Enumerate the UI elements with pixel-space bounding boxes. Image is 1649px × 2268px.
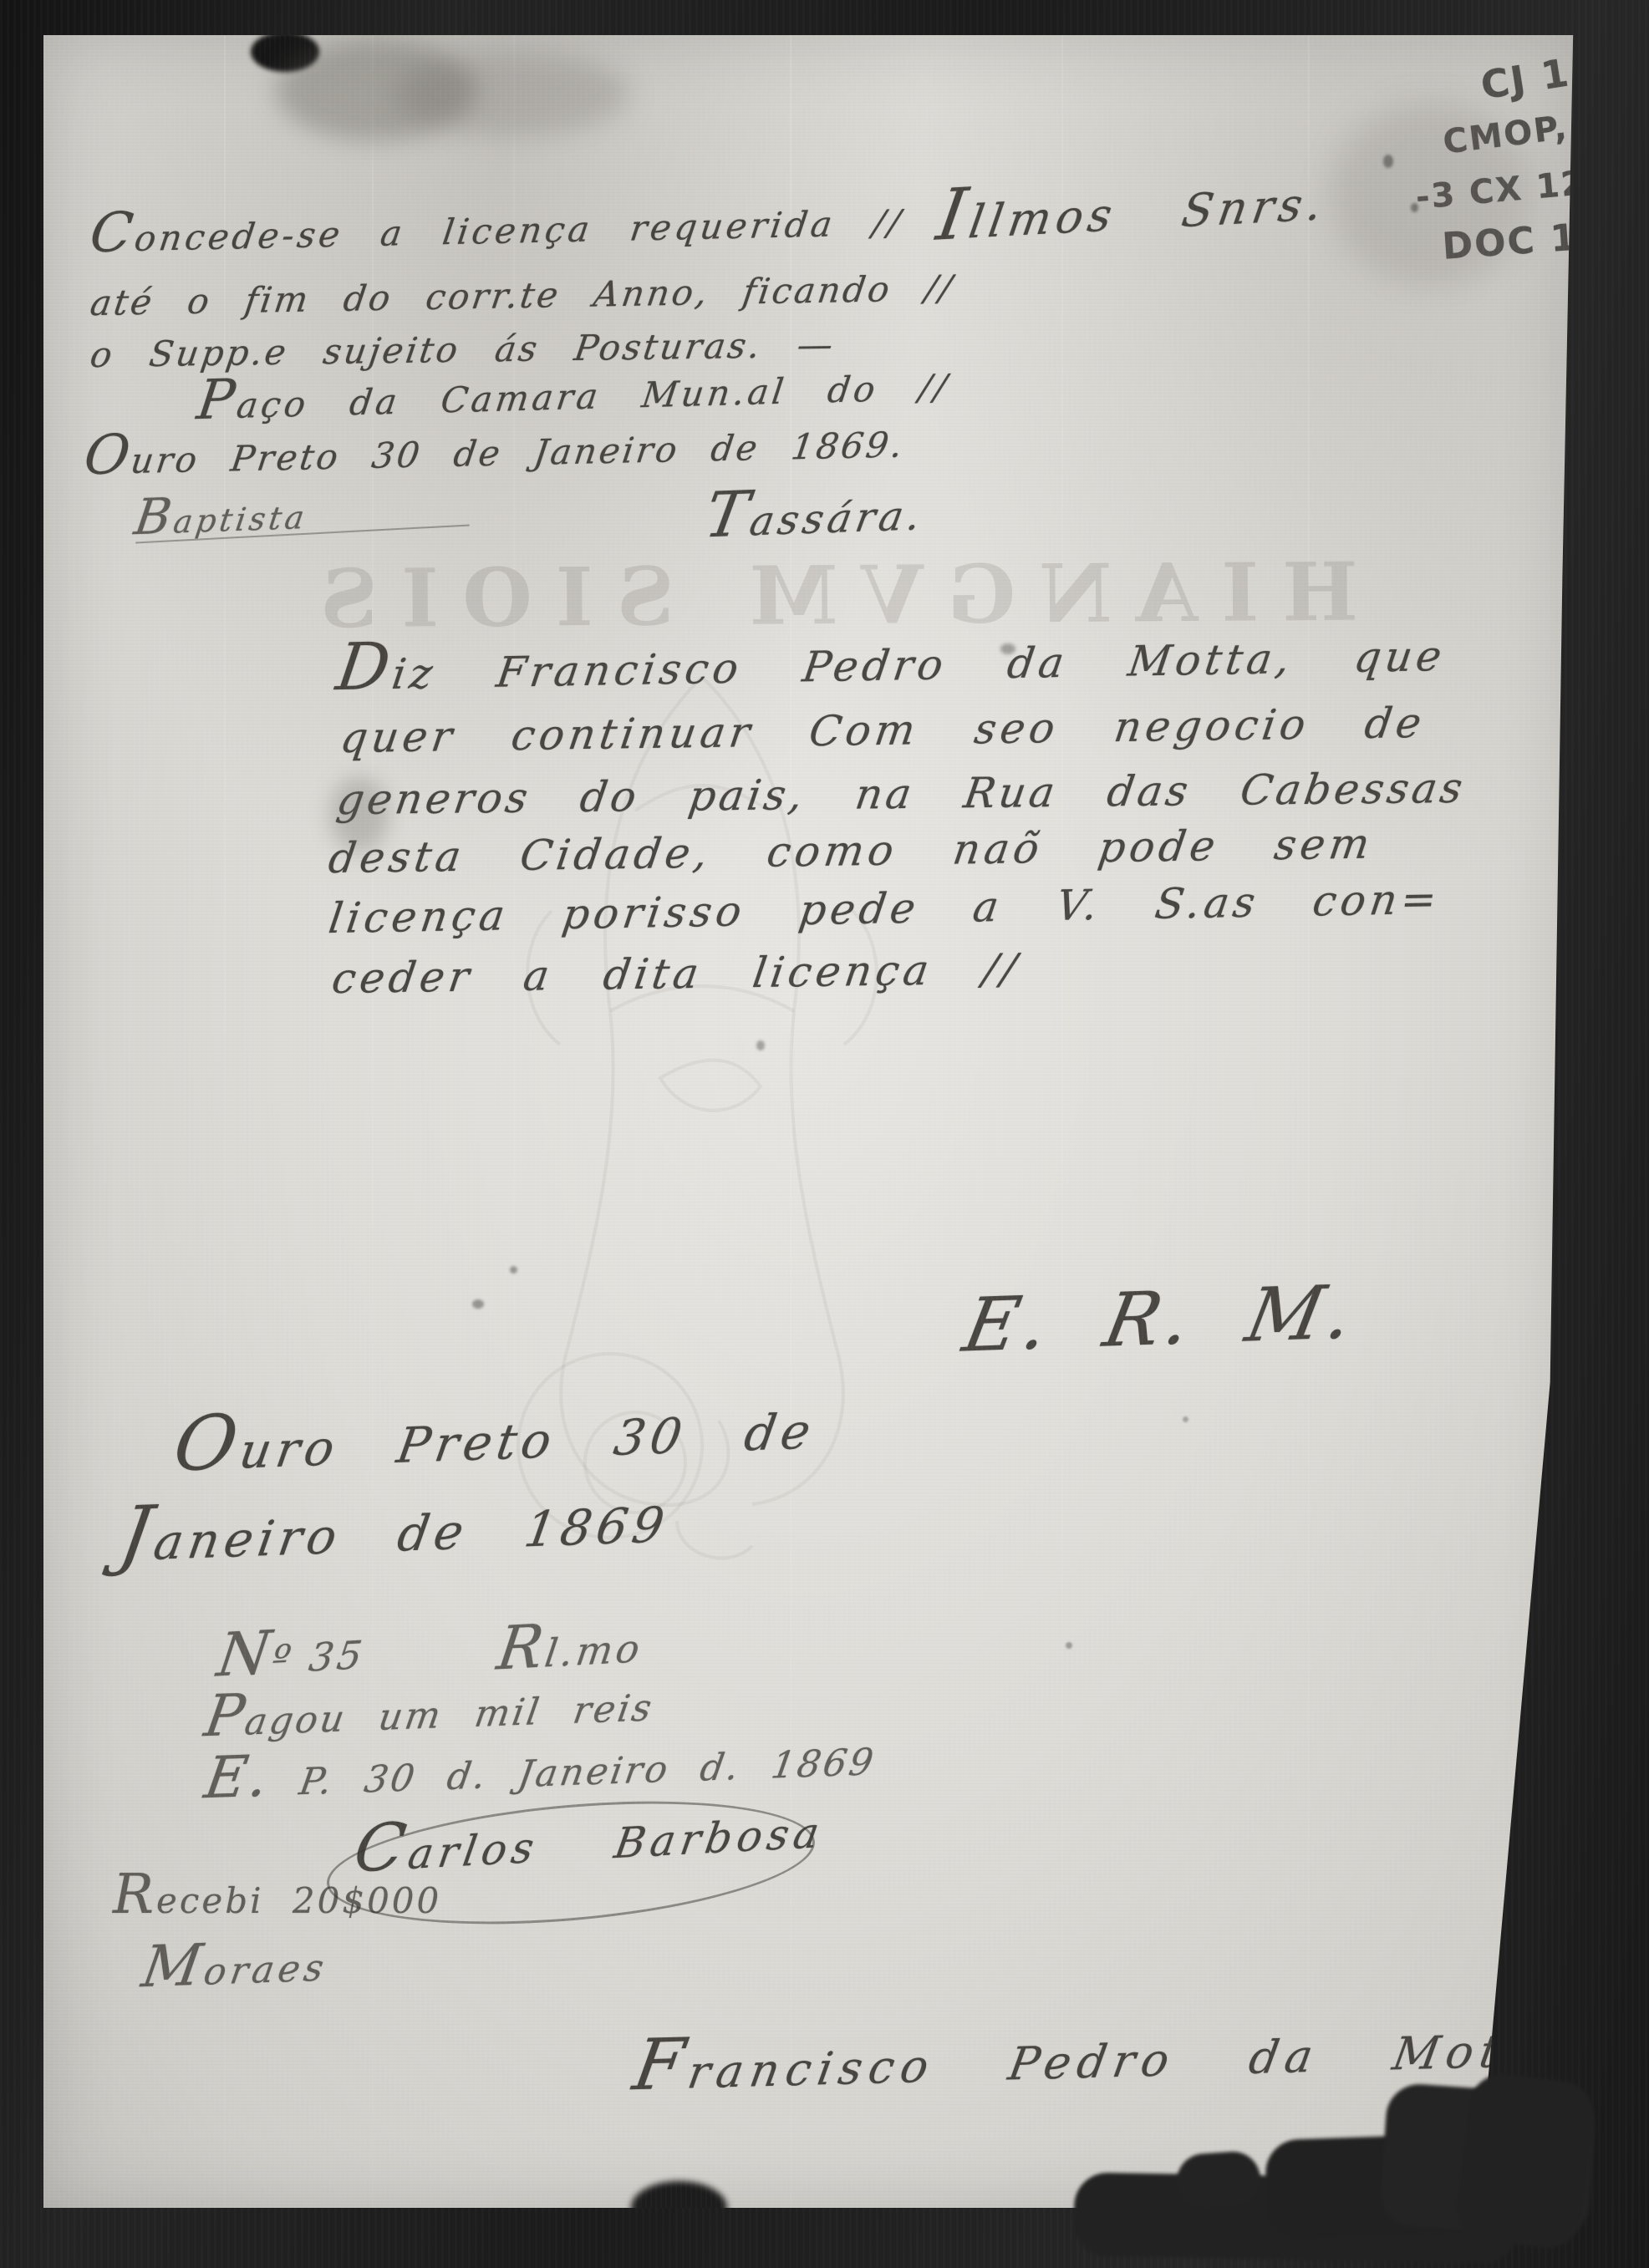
receipt-number: Nº 35 <box>214 1624 369 1686</box>
ink-speck <box>510 1266 517 1274</box>
ink-stain <box>394 52 629 135</box>
archival-pencil-note-line-1: CJ 1, <box>1478 47 1589 108</box>
ink-stain <box>330 777 389 852</box>
ink-stain <box>1331 102 1531 286</box>
dispatch-salutation: Illmos Snrs. <box>933 167 1332 251</box>
receipt-annotation: Rl.mo <box>494 1617 647 1679</box>
dispatch-line-2: até o fim do corr.te Anno, ficando // <box>88 267 957 323</box>
paper-tear <box>1453 2071 1597 2252</box>
ink-speck <box>1183 1416 1188 1422</box>
paper-crease <box>1308 35 1310 2208</box>
document-page: HIANGVM SIOIS CJ 1, CMOP, 4 -3 CX 12 DOC <box>43 35 1575 2208</box>
photo-frame: HIANGVM SIOIS CJ 1, CMOP, 4 -3 CX 12 DOC <box>0 0 1649 2268</box>
dispatch-line-1: Concede-se a licença requerida // <box>87 196 907 261</box>
receipt-received-line: Recebi 20$000 <box>113 1874 441 1921</box>
ink-speck <box>472 1299 484 1309</box>
petition-closing-erm: E. R. M. <box>957 1269 1365 1369</box>
ink-speck <box>1411 203 1418 212</box>
ink-speck <box>1383 155 1393 168</box>
dispatch-signature-tassara: Tassára. <box>700 483 930 547</box>
ink-speck <box>1066 1642 1072 1649</box>
ink-speck <box>1000 643 1015 654</box>
ink-stain <box>631 2181 727 2235</box>
paper-crease <box>1061 35 1063 2208</box>
receipt-stamp-line: E. P. 30 d. Janeiro d. 1869 <box>201 1733 879 1807</box>
ink-speck <box>756 1040 765 1050</box>
receipt-paid-line: Pagou um mil reis <box>201 1679 658 1745</box>
receipt-signature-moraes: Moraes <box>138 1939 332 1996</box>
petition-line-6: ceder a dita licença // <box>329 945 1024 1004</box>
